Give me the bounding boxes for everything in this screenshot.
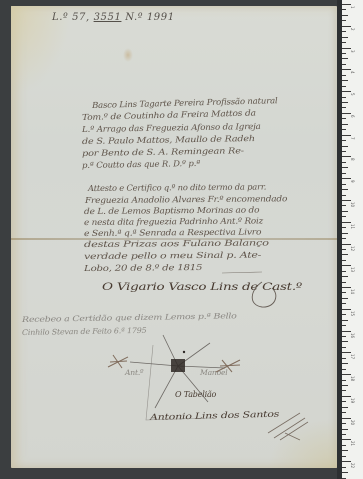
ruler-tick [342,162,346,163]
ruler-tick [342,211,348,212]
ruler-label: 19 [350,398,355,403]
text-line: verdade pello o meu Sinal p. Ate- [84,249,261,261]
ruler-tick [342,97,346,98]
archive-reference: L.º 57, 3551 N.º 1991 [52,12,175,23]
ruler-tick [342,9,346,10]
ruler-tick [342,91,351,92]
ruler-tick [342,467,346,468]
text-line: p.ª Coutto das que R. D.º p.ª [82,158,200,170]
ruler-tick [342,64,346,65]
ruler-tick [342,222,351,223]
ruler-tick [342,325,346,326]
ruler-tick [342,113,351,114]
ruler-tick [342,341,348,342]
ruler-label: 4 [350,71,355,74]
ruler-tick [342,37,348,38]
ruler-tick [342,31,346,32]
notary-signature: O Tabelião [175,390,216,399]
ruler-tick [342,20,346,21]
ruler-tick [342,254,348,255]
ruler-tick [342,200,351,201]
ruler-tick [342,320,348,321]
ruler-label: 13 [350,267,355,272]
ruler-tick [342,292,346,293]
ruler-tick [342,140,346,141]
ruler-tick [342,249,346,250]
ruler-tick [342,53,346,54]
ruler-tick [342,260,346,261]
ruler-tick [342,42,346,43]
ruler-tick [342,445,346,446]
ruler-tick [342,151,346,152]
text-line: e nesta dita freguezia Padrinho Ant.º Ro… [84,215,263,227]
ruler-tick [342,118,346,119]
ruler-tick [342,15,348,16]
ruler-tick [342,146,348,147]
ruler-tick [342,412,346,413]
document-number: 1991 [147,12,175,23]
witness-label: Ant.º [125,368,143,377]
ruler-tick [342,331,351,332]
ruler-tick [342,189,348,190]
vicar-signature: O Vigario Vasco Lins de Cast.º [102,282,302,293]
ruler-label: 11 [350,224,355,229]
ruler-tick [342,271,346,272]
ruler-tick [342,184,346,185]
ruler-tick [342,124,348,125]
ruler-tick [342,478,346,479]
ruler-tick [342,173,346,174]
ruler-tick [342,314,346,315]
ruler-tick [342,135,351,136]
ruler-label: 12 [350,246,355,251]
text-line: de L. de Lemos Baptismo Morinas ao do [84,204,259,216]
ruler-tick [342,418,351,419]
ruler-label: 17 [350,354,355,359]
ruler-label: 6 [350,115,355,118]
ruler-tick [342,233,348,234]
ruler-tick [342,472,348,473]
ruler-tick [342,195,346,196]
ruler-tick [342,205,346,206]
ruler-tick [342,282,346,283]
witness-label: Manoel [200,368,228,377]
ruler-label: 22 [350,463,355,468]
ruler-tick [342,363,348,364]
ruler-label: 8 [350,158,355,161]
folio-ref: 3551 [94,12,122,23]
ruler-tick [342,4,351,5]
ruler-label: 14 [350,289,355,294]
ruler-label: 3 [350,50,355,53]
ruler-label: 10 [350,202,355,207]
ruler-tick [342,26,351,27]
ruler-tick [342,396,351,397]
ruler-label: 16 [350,333,355,338]
ruler-tick [342,423,346,424]
ruler-tick [342,80,348,81]
ruler-tick [342,358,346,359]
ruler-label: 5 [350,93,355,96]
ruler-tick [342,336,346,337]
ruler-tick [342,369,346,370]
ruler-tick [342,401,346,402]
ruler-tick [342,407,348,408]
ruler-tick [342,227,346,228]
ruler-tick [342,298,348,299]
ruler-tick [342,167,348,168]
ruler-label: 15 [350,311,355,316]
ruler-tick [342,86,346,87]
measuring-ruler: 12345678910111213141516171819202122 [342,0,363,479]
paper-stain [123,48,133,62]
ruler-tick [342,429,348,430]
text-line: Lobo, 20 de 8.º de 1815 [84,262,202,273]
ruler-tick [342,276,348,277]
text-line: Freguezia Anadolio Alvares Fr.º encomend… [85,193,287,205]
ruler-tick [342,238,346,239]
ruler-tick [342,102,348,103]
ruler-tick [342,450,348,451]
ruler-label: 2 [350,28,355,31]
book-ref: L.º 57 [52,12,86,23]
ruler-tick [342,287,351,288]
ruler-tick [342,107,346,108]
number-label: N.º [125,12,143,23]
ruler-tick [342,303,346,304]
ruler-tick [342,380,346,381]
ruler-tick [342,434,346,435]
ruler-tick [342,75,346,76]
ruler-label: 18 [350,376,355,381]
ruler-tick [342,385,348,386]
ruler-tick [342,347,346,348]
ruler-tick [342,456,346,457]
ruler-label: 1 [350,6,355,9]
ruler-tick [342,58,348,59]
text-line: destas Prizas aos Fulano Balanço [84,237,269,249]
ruler-tick [342,129,346,130]
ruler-label: 7 [350,137,355,140]
ruler-label: 9 [350,180,355,183]
ruler-tick [342,309,351,310]
ruler-label: 21 [350,441,355,446]
text-line: Attesto e Certifico q.º no dito termo da… [88,181,266,193]
ruler-tick [342,374,351,375]
ruler-tick [342,48,351,49]
ruler-tick [342,216,346,217]
ruler-tick [342,390,346,391]
ruler-tick [342,244,351,245]
ruler-label: 20 [350,420,355,425]
text-line: e Senh.ª q.ª Senrada a Respectiva Livro [84,226,261,238]
